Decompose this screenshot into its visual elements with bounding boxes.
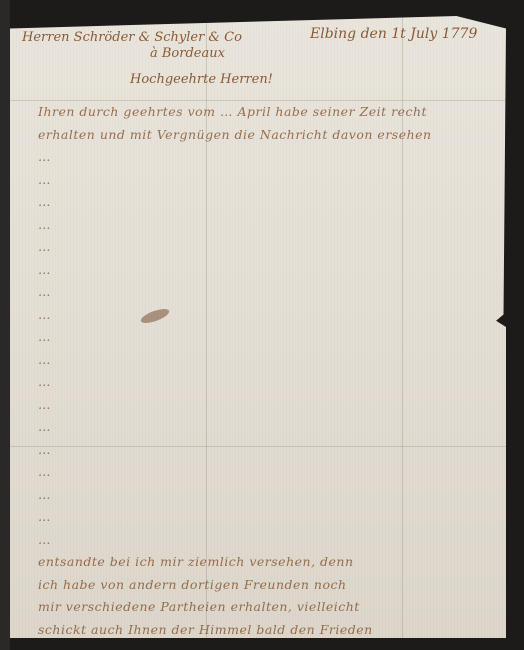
handwritten-line: … [38, 329, 51, 344]
addressee-line-2: à Bordeaux [150, 46, 225, 61]
handwritten-line: … [38, 374, 51, 389]
handwritten-line: … [38, 419, 51, 434]
handwritten-line: entsandte bei ich mir ziemlich versehen,… [38, 554, 354, 569]
handwritten-line: … [38, 442, 51, 457]
ink-mark [108, 641, 113, 650]
handwritten-line: Ihren durch geehrtes vom … April habe se… [38, 104, 427, 119]
handwritten-line: erhalten und mit Vergnügen die Nachricht… [38, 127, 432, 142]
handwritten-line: … [38, 397, 51, 412]
ink-stain [139, 306, 171, 326]
handwritten-line: … [38, 217, 51, 232]
place-date: Elbing den 1t July 1779 [310, 26, 477, 42]
handwritten-line: … [38, 509, 51, 524]
photo-frame-edge [0, 0, 10, 650]
handwritten-line: schickt auch Ihnen der Himmel bald den F… [38, 622, 373, 637]
addressee-line-1: Herren Schröder & Schyler & Co [22, 30, 242, 45]
handwritten-line: ich habe von andern dortigen Freunden no… [38, 577, 347, 592]
letter-paper: Herren Schröder & Schyler & Co à Bordeau… [10, 16, 506, 638]
salutation: Hochgeehrte Herren! [130, 72, 273, 87]
handwritten-line: … [38, 464, 51, 479]
fold-line [10, 100, 506, 101]
handwritten-line: … [38, 307, 51, 322]
handwritten-line: … [38, 532, 51, 547]
handwritten-line: … [38, 194, 51, 209]
handwritten-line: … [38, 487, 51, 502]
handwritten-line: … [38, 172, 51, 187]
handwritten-line: … [38, 352, 51, 367]
handwritten-line: … [38, 239, 51, 254]
handwritten-line: … [38, 149, 51, 164]
fold-line [10, 446, 506, 447]
handwritten-line: … [38, 284, 51, 299]
handwritten-line: mir verschiedene Partheien erhalten, vie… [38, 599, 360, 614]
handwritten-line: … [38, 262, 51, 277]
